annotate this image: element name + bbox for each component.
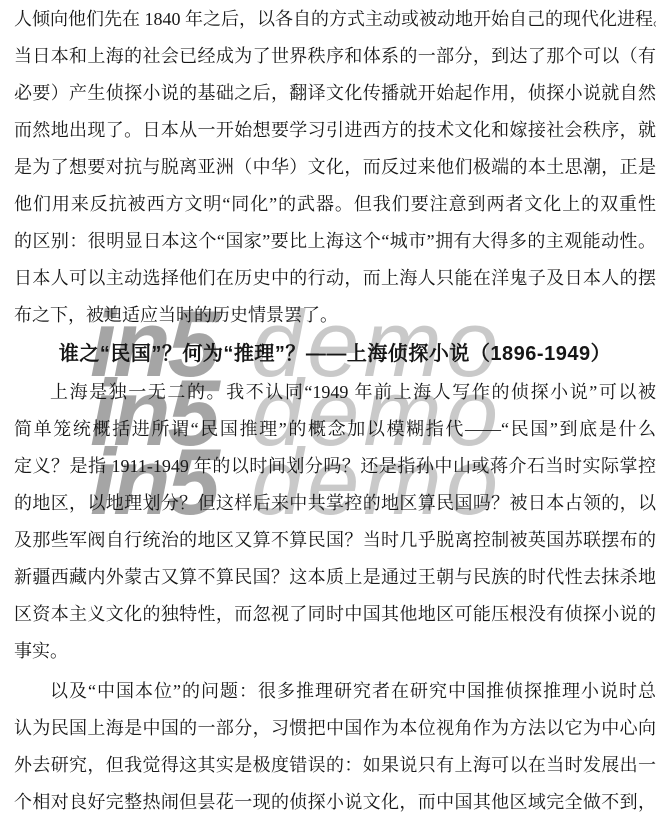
paragraph-1: 人倾向他们先在 1840 年之后，以各自的方式主动或被动地开始自己的现代化进程。… xyxy=(14,1,656,334)
body-line: 区资本主义文化的独特性，而忽视了同时中国其他地区可能压根没有侦探小说的 xyxy=(14,596,656,633)
body-line: 事实。 xyxy=(14,633,656,670)
body-line: 人倾向他们先在 1840 年之后，以各自的方式主动或被动地开始自己的现代化进程。 xyxy=(14,1,656,38)
paragraph-2: 上海是独一无二的。我不认同“1949 年前上海人写作的侦探小说”可以被 简单笼统… xyxy=(14,374,656,670)
body-line: 简单笼统概括进所谓“民国推理”的概念加以模糊指代——“民国”到底是什么 xyxy=(14,411,656,448)
body-line: 他们用来反抗被西方文明“同化”的武器。但我们要注意到两者文化上的双重性 xyxy=(14,186,656,223)
body-line: 新疆西藏内外蒙古又算不算民国？这本质上是通过王朝与民族的时代性去抹杀地 xyxy=(14,559,656,596)
body-line: 定义？是指 1911-1949 年的以时间划分吗？还是指孙中山或蒋介石当时实际掌… xyxy=(14,448,656,485)
body-line: 必要）产生侦探小说的基础之后，翻译文化传播就开始起作用，侦探小说就自然 xyxy=(14,75,656,112)
body-line: 布之下，被迫适应当时的历史情景罢了。 xyxy=(14,297,656,334)
body-line: 外去研究，但我觉得这其实是极度错误的：如果说只有上海可以在当时发展出一 xyxy=(14,747,656,784)
body-line: 而然地出现了。日本从一开始想要学习引进西方的技术文化和嫁接社会秩序，就 xyxy=(14,112,656,149)
body-line: 的区别：很明显日本这个“国家”要比上海这个“城市”拥有大得多的主观能动性。 xyxy=(14,223,656,260)
text-column: 人倾向他们先在 1840 年之后，以各自的方式主动或被动地开始自己的现代化进程。… xyxy=(0,0,669,819)
body-line: 及那些军阀自行统治的地区又算不算民国？当时几乎脱离控制被英国苏联摆布的 xyxy=(14,522,656,559)
body-line: 日本人可以主动选择他们在历史中的行动，而上海人只能在洋鬼子及日本人的摆 xyxy=(14,260,656,297)
body-line: 当日本和上海的社会已经成为了世界秩序和体系的一部分，到达了那个可以（有 xyxy=(14,38,656,75)
body-line: 个相对良好完整热闹但昙花一现的侦探小说文化，而中国其他区域完全做不到， xyxy=(14,784,656,819)
body-line: 上海是独一无二的。我不认同“1949 年前上海人写作的侦探小说”可以被 xyxy=(14,374,656,411)
body-line: 认为民国上海是中国的一部分，习惯把中国作为本位视角作为方法以它为中心向 xyxy=(14,710,656,747)
body-line: 的地区，以地理划分？但这样后来中共掌控的地区算民国吗？被日本占领的，以 xyxy=(14,485,656,522)
paragraph-3: 以及“中国本位”的问题：很多推理研究者在研究中国推侦探推理小说时总 认为民国上海… xyxy=(14,673,656,819)
section-heading: 谁之“民国”？何为“推理”？——上海侦探小说（1896-1949） xyxy=(14,334,656,374)
document-page: in5demo in5demo in5demo 人倾向他们先在 1840 年之后… xyxy=(0,0,669,819)
body-line: 是为了想要对抗与脱离亚洲（中华）文化，而反过来他们极端的本土思潮，正是 xyxy=(14,149,656,186)
body-line: 以及“中国本位”的问题：很多推理研究者在研究中国推侦探推理小说时总 xyxy=(14,673,656,710)
